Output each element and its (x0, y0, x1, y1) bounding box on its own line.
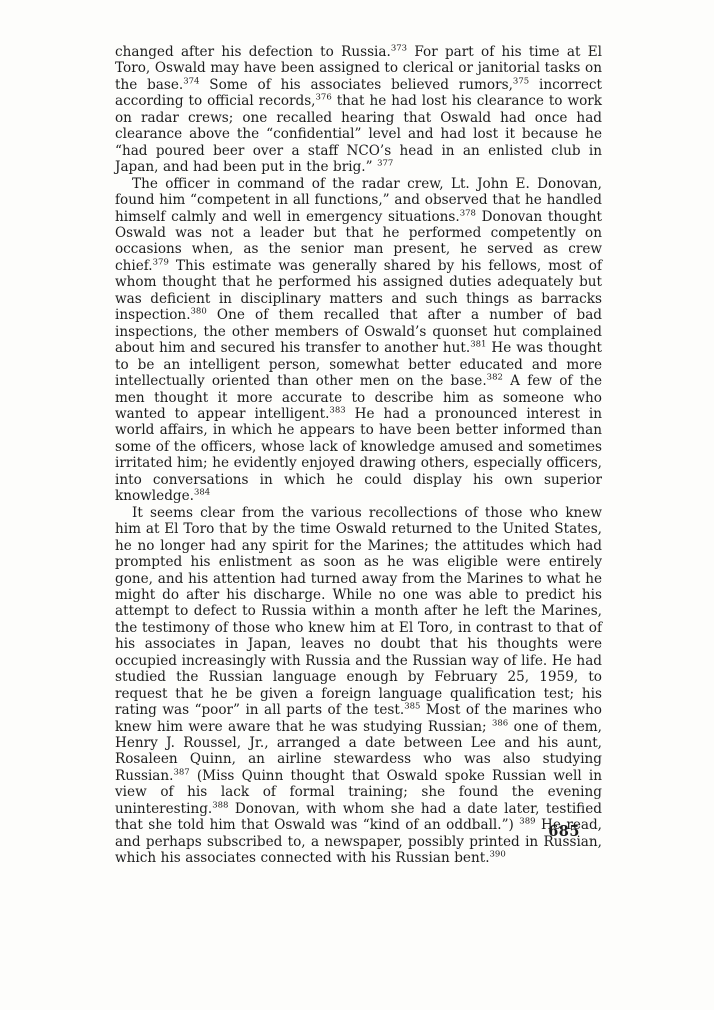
footnote-reference: 383 (329, 405, 345, 415)
footnote-reference: 373 (391, 43, 407, 53)
footnote-reference: 384 (194, 488, 210, 498)
footnote-reference: 377 (377, 159, 393, 169)
scanned-document-page: { "page": { "number": "685", "paragraphs… (0, 0, 714, 1010)
footnote-reference: 387 (173, 767, 189, 777)
footnote-reference: 388 (212, 800, 228, 810)
page-number: 685 (548, 823, 580, 840)
footnote-reference: 378 (460, 208, 476, 218)
text-block: changed after his defection to Russia.37… (115, 44, 602, 867)
footnote-reference: 381 (470, 340, 486, 350)
footnote-reference: 390 (490, 850, 506, 860)
footnote-reference: 376 (316, 93, 332, 103)
footnote-reference: 389 (519, 817, 535, 827)
page: changed after his defection to Russia.37… (0, 0, 714, 1010)
footnote-reference: 374 (183, 76, 199, 86)
paragraph: changed after his defection to Russia.37… (115, 44, 602, 176)
paragraph: It seems clear from the various recollec… (115, 505, 602, 867)
footnote-reference: 382 (487, 373, 503, 383)
footnote-reference: 386 (492, 718, 508, 728)
footnote-reference: 380 (191, 307, 207, 317)
footnote-reference: 375 (513, 76, 529, 86)
paragraph: The officer in command of the radar crew… (115, 176, 602, 505)
footnote-reference: 379 (153, 257, 169, 267)
footnote-reference: 385 (404, 702, 420, 712)
